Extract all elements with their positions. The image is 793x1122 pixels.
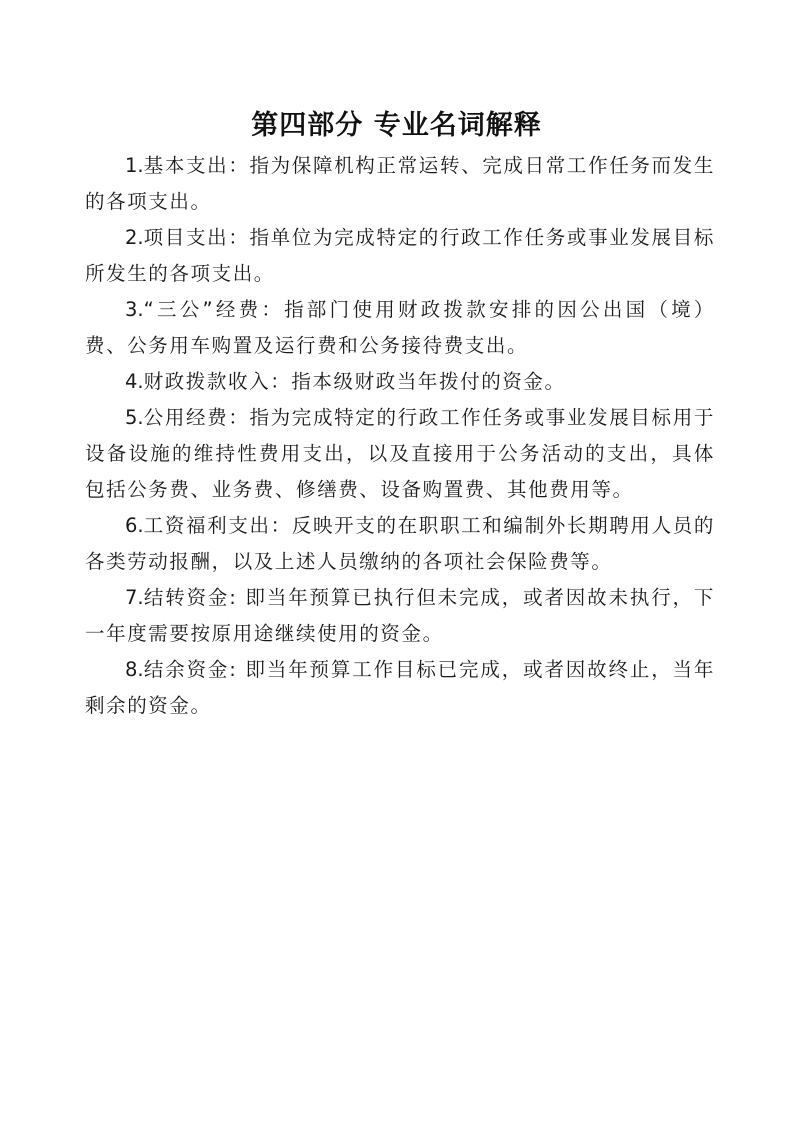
glossary-item: 4.财政拨款收入：指本级财政当年拨付的资金。 <box>85 364 715 400</box>
item-number: 2. <box>125 226 144 249</box>
glossary-item: 6.工资福利支出：反映开支的在职职工和编制外长期聘用人员的各类劳动报酬，以及上述… <box>85 508 715 580</box>
item-number: 7. <box>125 586 144 609</box>
page-title: 第四部分 专业名词解释 <box>0 106 793 146</box>
item-term: 结转资金: <box>144 586 238 609</box>
item-number: 4. <box>125 370 144 393</box>
item-number: 5. <box>125 406 144 429</box>
glossary-item: 7.结转资金: 即当年预算已执行但未完成，或者因故未执行，下一年度需要按原用途继… <box>85 580 715 652</box>
item-term: 财政拨款收入： <box>144 370 292 393</box>
glossary-list: 1.基本支出：指为保障机构正常运转、完成日常工作任务而发生的各项支出。 2.项目… <box>85 148 715 724</box>
glossary-item: 3.“三公”经费：指部门使用财政拨款安排的因公出国（境）费、公务用车购置及运行费… <box>85 292 715 364</box>
glossary-item: 8.结余资金: 即当年预算工作目标已完成，或者因故终止，当年剩余的资金。 <box>85 652 715 724</box>
item-term: “三公”经费： <box>144 298 285 321</box>
item-term: 项目支出： <box>144 226 250 249</box>
glossary-item: 2.项目支出：指单位为完成特定的行政工作任务或事业发展目标所发生的各项支出。 <box>85 220 715 292</box>
item-term: 基本支出： <box>144 154 250 177</box>
item-term: 结余资金: <box>144 658 238 681</box>
item-number: 3. <box>125 298 144 321</box>
item-number: 8. <box>125 658 144 681</box>
glossary-item: 1.基本支出：指为保障机构正常运转、完成日常工作任务而发生的各项支出。 <box>85 148 715 220</box>
item-number: 1. <box>125 154 144 177</box>
glossary-item: 5.公用经费：指为完成特定的行政工作任务或事业发展目标用于设备设施的维持性费用支… <box>85 400 715 508</box>
item-term: 公用经费： <box>144 406 250 429</box>
item-number: 6. <box>125 514 144 537</box>
item-definition: 指本级财政当年拨付的资金。 <box>291 370 565 393</box>
item-term: 工资福利支出： <box>144 514 292 537</box>
document-page: 第四部分 专业名词解释 1.基本支出：指为保障机构正常运转、完成日常工作任务而发… <box>0 0 793 1122</box>
